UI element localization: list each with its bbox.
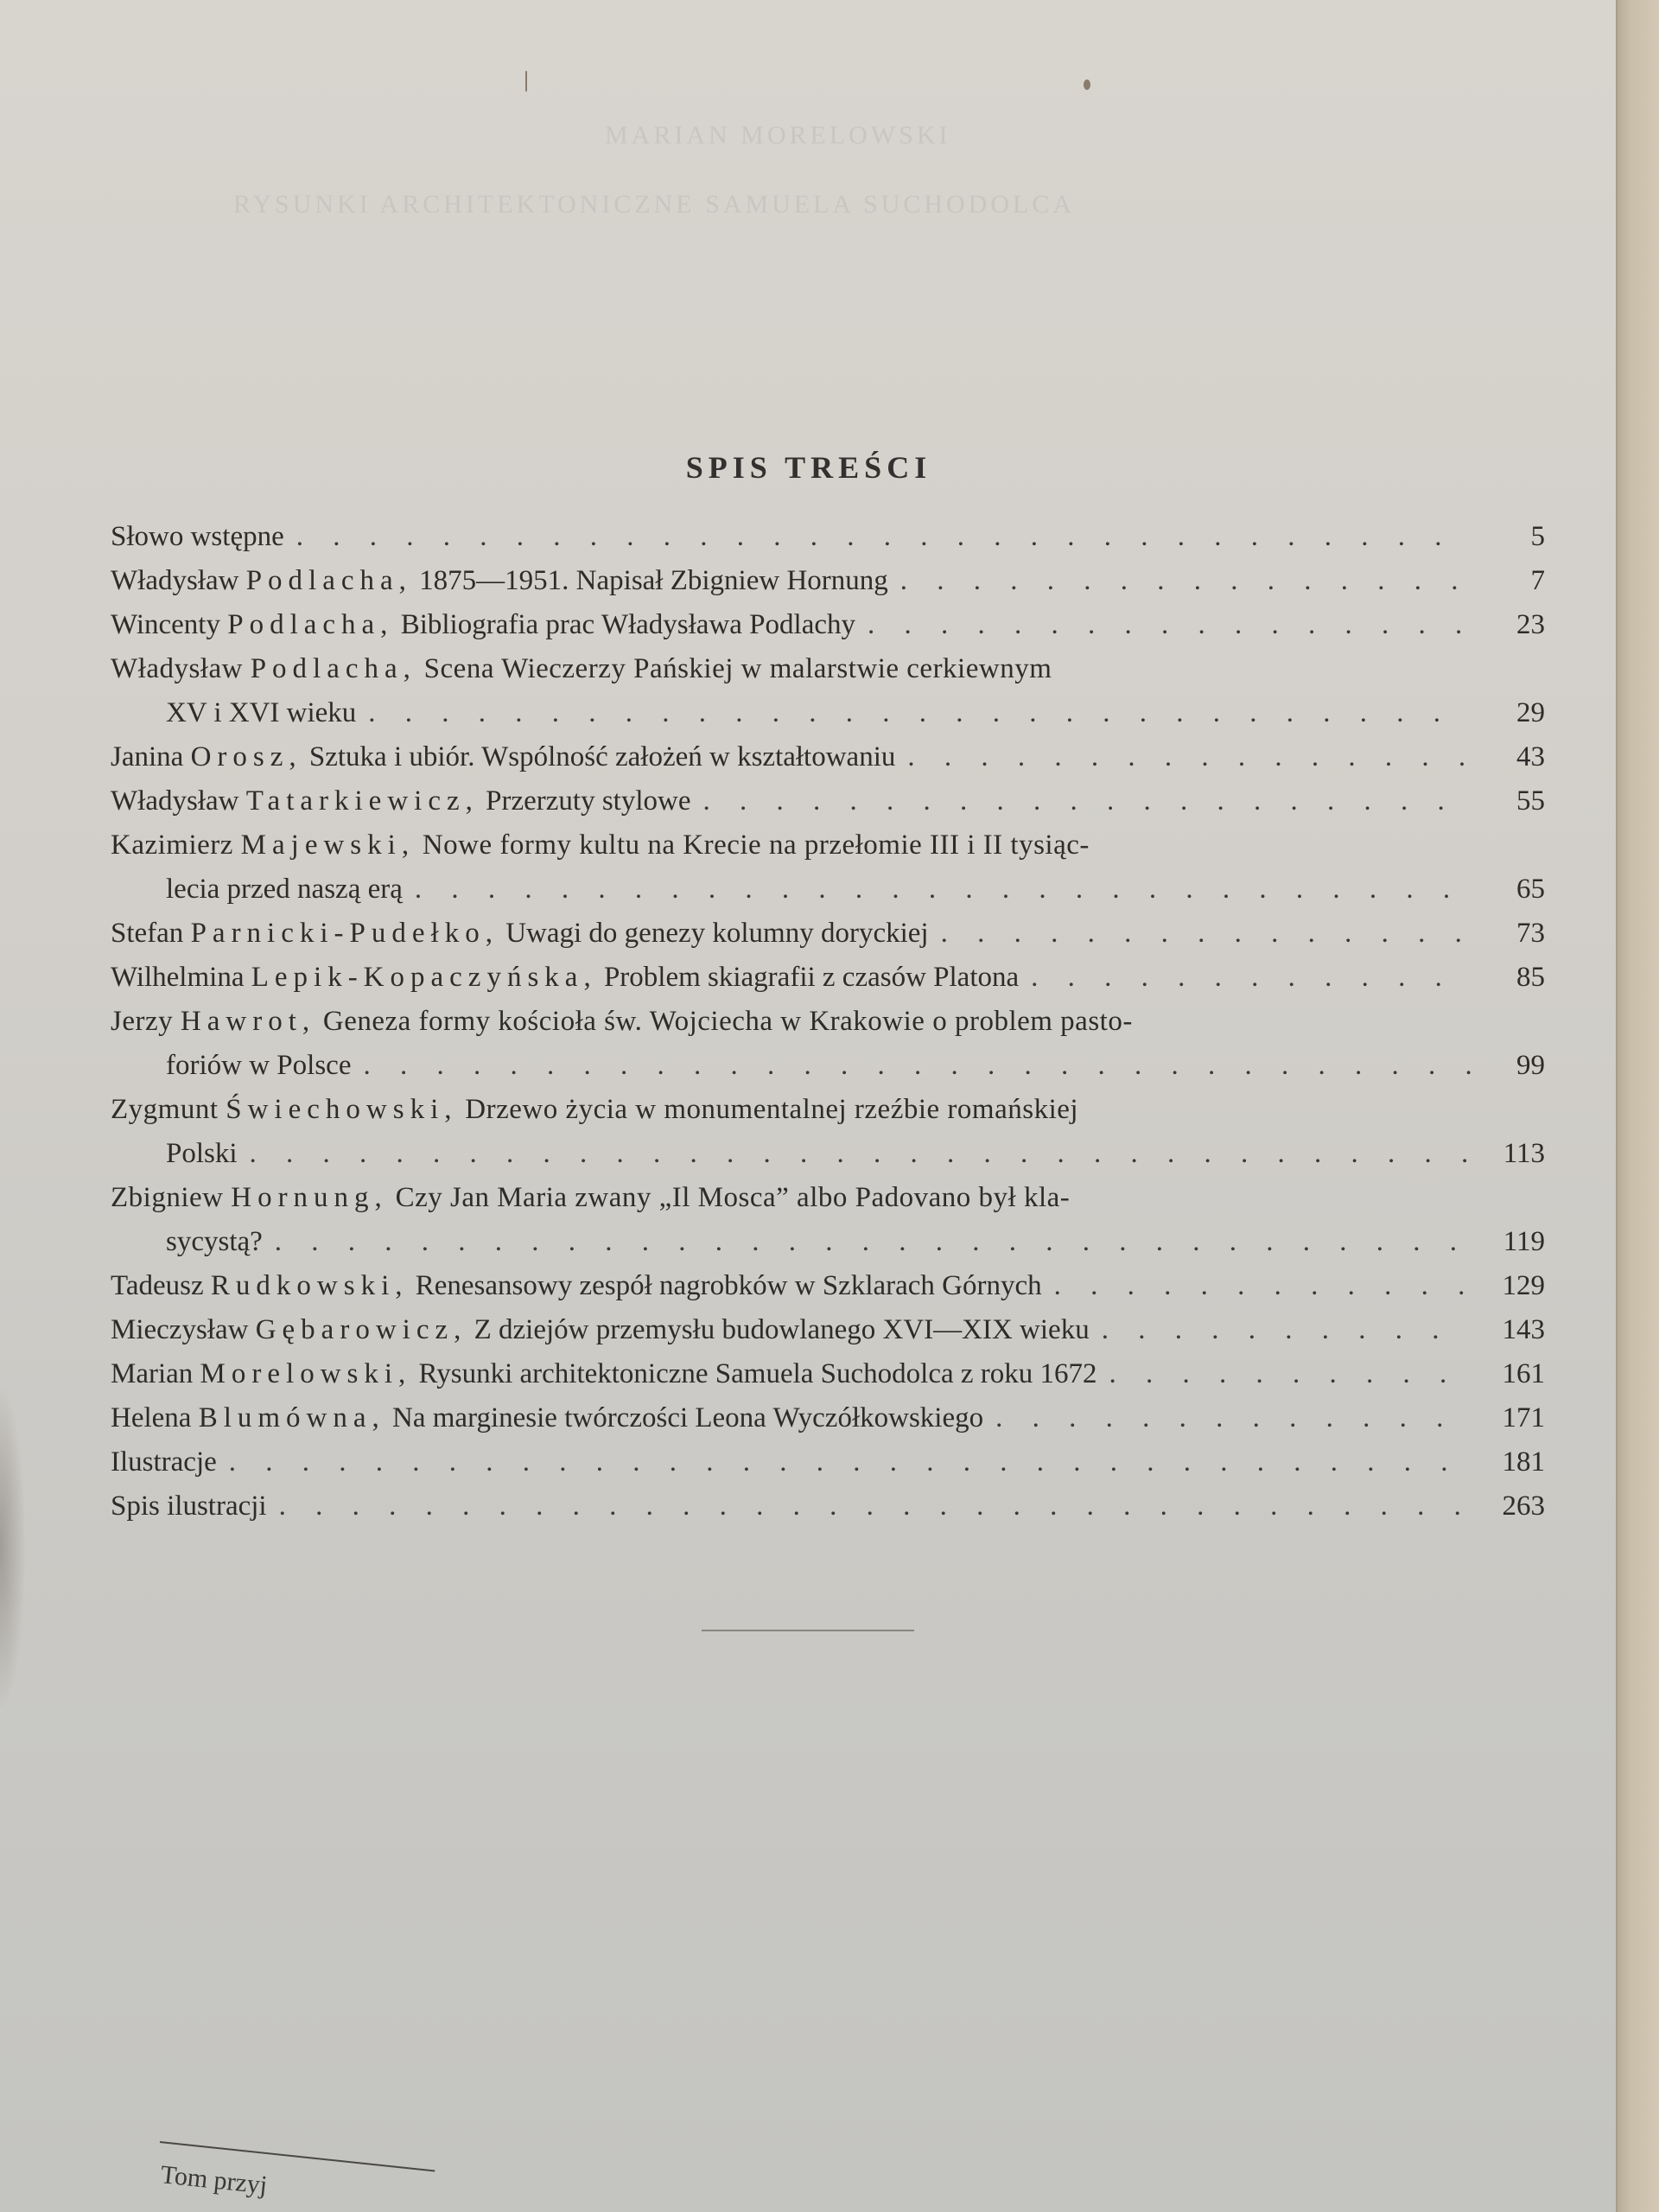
- toc-entry-title: Geneza formy kościoła św. Wojciecha w Kr…: [323, 1006, 1133, 1037]
- toc-line: Zygmunt Świechowski, Drzewo życia w monu…: [111, 1088, 1545, 1132]
- toc-page-number: 143: [1483, 1308, 1545, 1352]
- toc-entry-text: Mieczysław Gębarowicz, Z dziejów przemys…: [111, 1308, 1090, 1352]
- toc-entry-title: Uwagi do genezy kolumny doryckiej: [505, 918, 928, 949]
- dot-leader: [907, 735, 1471, 779]
- toc-entry-title: Czy Jan Maria zwany „Il Mosca” albo Pado…: [396, 1182, 1071, 1213]
- toc-author-surname: Podlacha,: [227, 609, 393, 640]
- toc-line: Zbigniew Hornung, Czy Jan Maria zwany „I…: [111, 1176, 1545, 1220]
- toc-entry-text: Zbigniew Hornung, Czy Jan Maria zwany „I…: [111, 1176, 1070, 1220]
- toc-entry-title: Z dziejów przemysłu budowlanego XVI—XIX …: [474, 1314, 1090, 1345]
- toc-page-number: 85: [1483, 956, 1545, 1000]
- dot-leader: [368, 691, 1471, 735]
- toc-line: Władysław Podlacha, Scena Wieczerzy Pańs…: [111, 647, 1545, 691]
- toc-author-given-name: Zygmunt: [111, 1094, 219, 1125]
- toc-entry-text: Zygmunt Świechowski, Drzewo życia w monu…: [111, 1088, 1078, 1132]
- toc-author-given-name: Władysław: [111, 785, 238, 817]
- toc-entry-text: Kazimierz Majewski, Nowe formy kultu na …: [111, 823, 1090, 868]
- toc-author-surname: Podlacha,: [251, 653, 416, 684]
- toc-entry-text: Spis ilustracji: [111, 1484, 267, 1529]
- toc-entry-title: Renesansowy zespół nagrobków w Szklarach…: [416, 1270, 1042, 1301]
- toc-author-surname: Morelowski,: [200, 1358, 412, 1389]
- toc-line: Mieczysław Gębarowicz, Z dziejów przemys…: [111, 1308, 1545, 1352]
- toc-entry-text: Władysław Tatarkiewicz, Przerzuty stylow…: [111, 779, 690, 823]
- toc-author-given-name: Wincenty: [111, 609, 220, 640]
- toc-entry-text: Marian Morelowski, Rysunki architektonic…: [111, 1352, 1097, 1396]
- toc-line: Wincenty Podlacha, Bibliografia prac Wła…: [111, 603, 1545, 647]
- toc-author-given-name: Kazimierz: [111, 829, 233, 861]
- toc-page-number: 65: [1483, 868, 1545, 912]
- dot-leader: [229, 1440, 1471, 1484]
- page-title: SPIS TREŚCI: [0, 449, 1618, 486]
- toc-entry-text: Wincenty Podlacha, Bibliografia prac Wła…: [111, 603, 855, 647]
- toc-entry-text: Wilhelmina Lepik-Kopaczyńska, Problem sk…: [111, 956, 1019, 1000]
- dot-leader: [941, 912, 1471, 956]
- toc-page-number: 29: [1483, 691, 1545, 735]
- bleed-through-title: RYSUNKI ARCHITEKTONICZNE SAMUELA SUCHODO…: [233, 190, 1075, 219]
- dot-leader: [868, 603, 1471, 647]
- toc-author-given-name: Helena: [111, 1402, 191, 1433]
- paper-speck: [525, 71, 527, 92]
- toc-author-surname: Podlacha,: [246, 565, 412, 596]
- toc-line: Tadeusz Rudkowski, Renesansowy zespół na…: [111, 1264, 1545, 1308]
- toc-entry: Władysław Podlacha, 1875—1951. Napisał Z…: [111, 559, 1545, 603]
- toc-entry-text: Tadeusz Rudkowski, Renesansowy zespół na…: [111, 1264, 1042, 1308]
- toc-line-continuation: lecia przed naszą erą65: [111, 868, 1545, 912]
- toc-entry: Jerzy Hawrot, Geneza formy kościoła św. …: [111, 1000, 1545, 1088]
- toc-entry-title-continuation: sycystą?: [166, 1220, 263, 1264]
- toc-line: Marian Morelowski, Rysunki architektonic…: [111, 1352, 1545, 1396]
- toc-entry-title: Sztuka i ubiór. Wspólność założeń w kszt…: [309, 741, 896, 772]
- toc-line-continuation: XV i XVI wieku29: [111, 691, 1545, 735]
- toc-entry: Janina Orosz, Sztuka i ubiór. Wspólność …: [111, 735, 1545, 779]
- toc-page-number: 5: [1483, 515, 1545, 559]
- paper-speck: [1084, 79, 1090, 90]
- toc-entry-title: Rysunki architektoniczne Samuela Suchodo…: [419, 1358, 1097, 1389]
- toc-entry: Tadeusz Rudkowski, Renesansowy zespół na…: [111, 1264, 1545, 1308]
- toc-line: Słowo wstępne5: [111, 515, 1545, 559]
- toc-entry: Kazimierz Majewski, Nowe formy kultu na …: [111, 823, 1545, 912]
- toc-line: Kazimierz Majewski, Nowe formy kultu na …: [111, 823, 1545, 868]
- toc-author-surname: Blumówna,: [199, 1402, 385, 1433]
- toc-author-surname: Hornung,: [231, 1182, 388, 1213]
- toc-author-surname: Majewski,: [241, 829, 415, 861]
- book-page: MARIAN MORELOWSKI RYSUNKI ARCHITEKTONICZ…: [0, 0, 1618, 2212]
- toc-entry-title: Problem skiagrafii z czasów Platona: [604, 962, 1019, 993]
- toc-line: Wilhelmina Lepik-Kopaczyńska, Problem sk…: [111, 956, 1545, 1000]
- toc-author-given-name: Wilhelmina: [111, 962, 244, 993]
- toc-entry-title: Scena Wieczerzy Pańskiej w malarstwie ce…: [424, 653, 1052, 684]
- toc-entry-text: Janina Orosz, Sztuka i ubiór. Wspólność …: [111, 735, 895, 779]
- toc-entry: Zygmunt Świechowski, Drzewo życia w monu…: [111, 1088, 1545, 1176]
- dot-leader: [363, 1044, 1471, 1088]
- dot-leader: [1054, 1264, 1471, 1308]
- section-divider: [702, 1630, 914, 1631]
- toc-entry: Słowo wstępne5: [111, 515, 1545, 559]
- toc-entry: Helena Blumówna, Na marginesie twórczośc…: [111, 1396, 1545, 1440]
- toc-entry-text: Słowo wstępne: [111, 515, 284, 559]
- toc-author-given-name: Słowo wstępne: [111, 521, 284, 552]
- toc-author-given-name: Stefan: [111, 918, 183, 949]
- dot-leader: [1031, 956, 1471, 1000]
- toc-line: Spis ilustracji263: [111, 1484, 1545, 1529]
- toc-entry-title: Nowe formy kultu na Krecie na przełomie …: [423, 829, 1090, 861]
- toc-page-number: 43: [1483, 735, 1545, 779]
- toc-page-number: 7: [1483, 559, 1545, 603]
- toc-author-surname: Tatarkiewicz,: [246, 785, 479, 817]
- toc-author-surname: Lepik-Kopaczyńska,: [251, 962, 597, 993]
- toc-entry-text: Stefan Parnicki-Pudełko, Uwagi do genezy…: [111, 912, 929, 956]
- toc-line: Janina Orosz, Sztuka i ubiór. Wspólność …: [111, 735, 1545, 779]
- toc-line-continuation: Polski113: [111, 1132, 1545, 1176]
- toc-entry-title: Drzewo życia w monumentalnej rzeźbie rom…: [465, 1094, 1078, 1125]
- toc-entry: Ilustracje181: [111, 1440, 1545, 1484]
- toc-author-given-name: Ilustracje: [111, 1446, 217, 1478]
- toc-page-number: 119: [1483, 1220, 1545, 1264]
- toc-page-number: 161: [1483, 1352, 1545, 1396]
- toc-line: Władysław Podlacha, 1875—1951. Napisał Z…: [111, 559, 1545, 603]
- dot-leader: [900, 559, 1471, 603]
- toc-page-number: 181: [1483, 1440, 1545, 1484]
- toc-author-surname: Rudkowski,: [211, 1270, 409, 1301]
- toc-page-number: 129: [1483, 1264, 1545, 1308]
- toc-entry-title: Bibliografia prac Władysława Podlachy: [401, 609, 855, 640]
- toc-entry: Władysław Tatarkiewicz, Przerzuty stylow…: [111, 779, 1545, 823]
- toc-author-surname: Parnicki-Pudełko,: [191, 918, 499, 949]
- toc-author-surname: Hawrot,: [181, 1006, 315, 1037]
- toc-page-number: 263: [1483, 1484, 1545, 1529]
- toc-entry: Wilhelmina Lepik-Kopaczyńska, Problem sk…: [111, 956, 1545, 1000]
- toc-entry-title: Przerzuty stylowe: [486, 785, 690, 817]
- toc-page-number: 55: [1483, 779, 1545, 823]
- dot-leader: [415, 868, 1471, 912]
- toc-entry-title-continuation: XV i XVI wieku: [166, 691, 356, 735]
- toc-author-surname: Świechowski,: [226, 1094, 457, 1125]
- toc-entry-text: Władysław Podlacha, Scena Wieczerzy Pańs…: [111, 647, 1052, 691]
- toc-line: Stefan Parnicki-Pudełko, Uwagi do genezy…: [111, 912, 1545, 956]
- toc-author-given-name: Mieczysław: [111, 1314, 248, 1345]
- toc-page-number: 73: [1483, 912, 1545, 956]
- toc-line: Jerzy Hawrot, Geneza formy kościoła św. …: [111, 1000, 1545, 1044]
- toc-author-given-name: Władysław: [111, 565, 238, 596]
- toc-entry-title-continuation: Polski: [166, 1132, 238, 1176]
- toc-author-surname: Gębarowicz,: [256, 1314, 467, 1345]
- toc-line: Helena Blumówna, Na marginesie twórczośc…: [111, 1396, 1545, 1440]
- toc-author-given-name: Zbigniew: [111, 1182, 223, 1213]
- dot-leader: [279, 1484, 1471, 1529]
- footnote-fragment: Tom przyj: [159, 2160, 269, 2201]
- toc-author-given-name: Spis ilustracji: [111, 1491, 267, 1522]
- toc-entry-title: 1875—1951. Napisał Zbigniew Hornung: [419, 565, 888, 596]
- toc-entry: Marian Morelowski, Rysunki architektonic…: [111, 1352, 1545, 1396]
- dot-leader: [995, 1396, 1471, 1440]
- bleed-through-heading: MARIAN MORELOWSKI: [605, 121, 951, 150]
- dot-leader: [702, 779, 1471, 823]
- toc-author-surname: Orosz,: [191, 741, 302, 772]
- toc-line: Ilustracje181: [111, 1440, 1545, 1484]
- toc-page-number: 99: [1483, 1044, 1545, 1088]
- dot-leader: [1109, 1352, 1471, 1396]
- toc-entry: Stefan Parnicki-Pudełko, Uwagi do genezy…: [111, 912, 1545, 956]
- toc-line-continuation: foriów w Polsce99: [111, 1044, 1545, 1088]
- toc-line-continuation: sycystą?119: [111, 1220, 1545, 1264]
- dot-leader: [275, 1220, 1471, 1264]
- toc-entry: Wincenty Podlacha, Bibliografia prac Wła…: [111, 603, 1545, 647]
- toc-entry: Zbigniew Hornung, Czy Jan Maria zwany „I…: [111, 1176, 1545, 1264]
- toc-entry: Mieczysław Gębarowicz, Z dziejów przemys…: [111, 1308, 1545, 1352]
- page-edge: [1616, 0, 1659, 2212]
- toc-author-given-name: Władysław: [111, 653, 243, 684]
- table-of-contents: Słowo wstępne5Władysław Podlacha, 1875—1…: [111, 515, 1545, 1529]
- toc-author-given-name: Marian: [111, 1358, 193, 1389]
- toc-author-given-name: Tadeusz: [111, 1270, 204, 1301]
- toc-entry-text: Ilustracje: [111, 1440, 217, 1484]
- dot-leader: [250, 1132, 1471, 1176]
- toc-page-number: 171: [1483, 1396, 1545, 1440]
- toc-entry-title-continuation: foriów w Polsce: [166, 1044, 351, 1088]
- toc-entry: Władysław Podlacha, Scena Wieczerzy Pańs…: [111, 647, 1545, 735]
- toc-page-number: 23: [1483, 603, 1545, 647]
- toc-entry-text: Władysław Podlacha, 1875—1951. Napisał Z…: [111, 559, 888, 603]
- dot-leader: [1102, 1308, 1471, 1352]
- toc-entry-title-continuation: lecia przed naszą erą: [166, 868, 403, 912]
- toc-entry-title: Na marginesie twórczości Leona Wyczółkow…: [392, 1402, 983, 1433]
- toc-author-given-name: Jerzy: [111, 1006, 173, 1037]
- toc-page-number: 113: [1483, 1132, 1545, 1176]
- page-shadow: [0, 1382, 26, 1711]
- dot-leader: [296, 515, 1471, 559]
- toc-entry-text: Jerzy Hawrot, Geneza formy kościoła św. …: [111, 1000, 1133, 1044]
- toc-author-given-name: Janina: [111, 741, 183, 772]
- toc-line: Władysław Tatarkiewicz, Przerzuty stylow…: [111, 779, 1545, 823]
- toc-entry: Spis ilustracji263: [111, 1484, 1545, 1529]
- toc-entry-text: Helena Blumówna, Na marginesie twórczośc…: [111, 1396, 983, 1440]
